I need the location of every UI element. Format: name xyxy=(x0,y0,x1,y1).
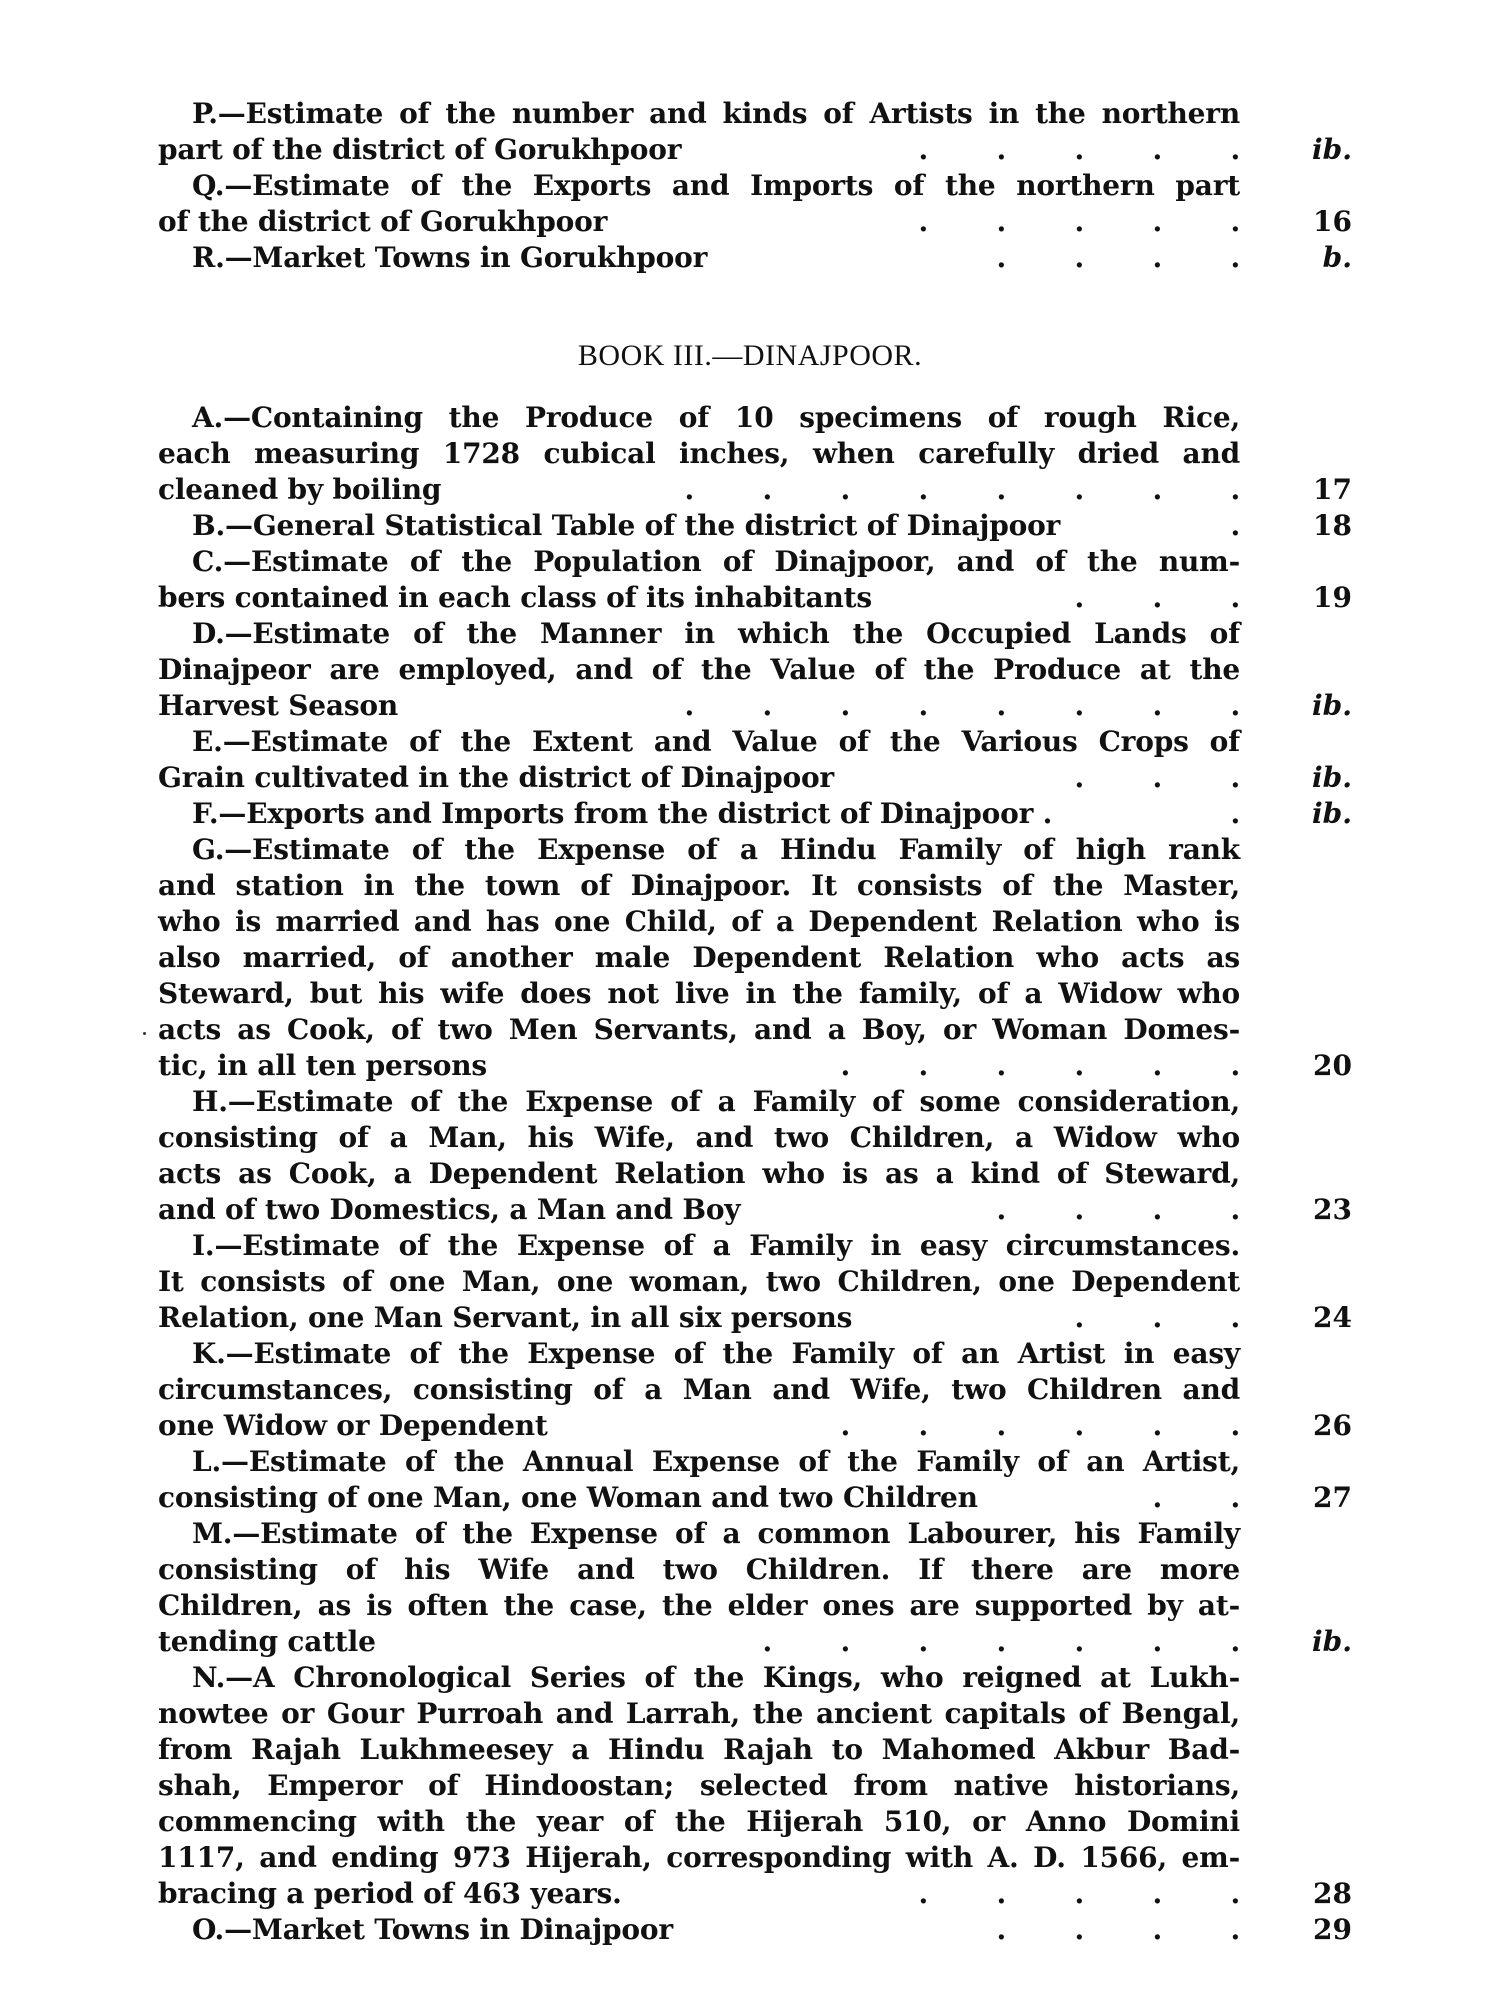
toc-entry-n-line-1: N.—A Chronological Series of the Kings, … xyxy=(192,1660,1240,1696)
toc-entry-c-line-1: C.—Estimate of the Population of Dinajpo… xyxy=(192,544,1240,580)
page-number: 23 xyxy=(1290,1192,1352,1228)
leader-dots: ........ xyxy=(398,688,1240,724)
toc-entry-l-line-1: L.—Estimate of the Annual Expense of the… xyxy=(192,1444,1240,1480)
page-number: ib. xyxy=(1290,760,1352,796)
stray-ink-mark xyxy=(143,1032,146,1035)
toc-entry-m-line-2: consisting of his Wife and two Children.… xyxy=(158,1552,1240,1588)
toc-entry-i-line-2: It consists of one Man, one woman, two C… xyxy=(158,1264,1240,1300)
toc-entry-p-line-1: P.—Estimate of the number and kinds of A… xyxy=(192,96,1240,132)
page-number: ib. xyxy=(1290,132,1352,168)
page-number: 20 xyxy=(1290,1048,1352,1084)
toc-entry-h-line-3: acts as Cook, a Dependent Relation who i… xyxy=(158,1156,1240,1192)
book-heading: BOOK III.—DINAJPOOR. xyxy=(0,336,1500,376)
page-number: b. xyxy=(1290,240,1352,276)
toc-entry-k-line-1: K.—Estimate of the Expense of the Family… xyxy=(192,1336,1240,1372)
page-number: ib. xyxy=(1290,688,1352,724)
leader-dots: ... xyxy=(834,760,1240,796)
leader-dots: . xyxy=(1052,796,1240,832)
toc-entry-h-line-4: and of two Domestics, a Man and Boy.... xyxy=(158,1192,1240,1228)
toc-page: P.—Estimate of the number and kinds of A… xyxy=(0,0,1500,2000)
leader-dots: ........ xyxy=(441,472,1240,508)
leader-dots: ... xyxy=(872,580,1240,616)
page-number: 26 xyxy=(1290,1408,1352,1444)
toc-entry-b: B.—General Statistical Table of the dist… xyxy=(192,508,1240,544)
leader-dots: .... xyxy=(707,240,1240,276)
page-number: 29 xyxy=(1290,1912,1352,1948)
toc-entry-r: R.—Market Towns in Gorukhpoor.... xyxy=(192,240,1240,276)
page-number: 16 xyxy=(1290,204,1352,240)
page-number: 27 xyxy=(1290,1480,1352,1516)
toc-entry-q-line-1: Q.—Estimate of the Exports and Imports o… xyxy=(192,168,1240,204)
toc-entry-a-line-1: A.—Containing the Produce of 10 specimen… xyxy=(192,400,1240,436)
page-number: 24 xyxy=(1290,1300,1352,1336)
toc-entry-m-line-3: Children, as is often the case, the elde… xyxy=(158,1588,1240,1624)
toc-entry-p-line-2: part of the district of Gorukhpoor..... xyxy=(158,132,1240,168)
page-number: ib. xyxy=(1290,796,1352,832)
page-number: 17 xyxy=(1290,472,1352,508)
page-number: ib. xyxy=(1290,1624,1352,1660)
toc-entry-n-line-3: from Rajah Lukhmeesey a Hindu Rajah to M… xyxy=(158,1732,1240,1768)
toc-entry-n-line-5: commencing with the year of the Hijerah … xyxy=(158,1804,1240,1840)
toc-entry-k-line-3: one Widow or Dependent...... xyxy=(158,1408,1240,1444)
leader-dots: ..... xyxy=(622,1876,1240,1912)
toc-entry-g-line-5: Steward, but his wife does not live in t… xyxy=(158,976,1240,1012)
leader-dots: .... xyxy=(673,1912,1240,1948)
leader-dots: ....... xyxy=(376,1624,1240,1660)
toc-entry-i-line-1: I.—Estimate of the Expense of a Family i… xyxy=(192,1228,1240,1264)
toc-entry-d-line-2: Dinajpeor are employed, and of the Value… xyxy=(158,652,1240,688)
leader-dots: . xyxy=(1060,508,1240,544)
leader-dots: .... xyxy=(740,1192,1240,1228)
toc-entry-d-line-1: D.—Estimate of the Manner in which the O… xyxy=(192,616,1240,652)
toc-entry-k-line-2: circumstances, consisting of a Man and W… xyxy=(158,1372,1240,1408)
toc-entry-g-line-3: who is married and has one Child, of a D… xyxy=(158,904,1240,940)
toc-entry-e-line-2: Grain cultivated in the district of Dina… xyxy=(158,760,1240,796)
toc-entry-n-line-4: shah, Emperor of Hindoostan; selected fr… xyxy=(158,1768,1240,1804)
toc-entry-g-line-7: tic, in all ten persons...... xyxy=(158,1048,1240,1084)
toc-entry-g-line-2: and station in the town of Dinajpoor. It… xyxy=(158,868,1240,904)
toc-entry-c-line-2: bers contained in each class of its inha… xyxy=(158,580,1240,616)
toc-entry-g-line-1: G.—Estimate of the Expense of a Hindu Fa… xyxy=(192,832,1240,868)
toc-entry-l-line-2: consisting of one Man, one Woman and two… xyxy=(158,1480,1240,1516)
toc-entry-m-line-1: M.—Estimate of the Expense of a common L… xyxy=(192,1516,1240,1552)
toc-entry-n-line-6: 1117, and ending 973 Hijerah, correspond… xyxy=(158,1840,1240,1876)
page-number: 18 xyxy=(1290,508,1352,544)
leader-dots: ..... xyxy=(607,204,1240,240)
leader-dots: .. xyxy=(978,1480,1240,1516)
toc-entry-h-line-2: consisting of a Man, his Wife, and two C… xyxy=(158,1120,1240,1156)
toc-entry-a-line-2: each measuring 1728 cubical inches, when… xyxy=(158,436,1240,472)
toc-entry-e-line-1: E.—Estimate of the Extent and Value of t… xyxy=(192,724,1240,760)
toc-entry-m-line-4: tending cattle....... xyxy=(158,1624,1240,1660)
toc-entry-i-line-3: Relation, one Man Servant, in all six pe… xyxy=(158,1300,1240,1336)
toc-entry-f: F.—Exports and Imports from the district… xyxy=(192,796,1240,832)
toc-entry-g-line-4: also married, of another male Dependent … xyxy=(158,940,1240,976)
toc-entry-q-line-2: of the district of Gorukhpoor..... xyxy=(158,204,1240,240)
page-number: 19 xyxy=(1290,580,1352,616)
toc-entry-o: O.—Market Towns in Dinajpoor.... xyxy=(192,1912,1240,1948)
toc-entry-a-line-3: cleaned by boiling........ xyxy=(158,472,1240,508)
page-number: 28 xyxy=(1290,1876,1352,1912)
leader-dots: ... xyxy=(852,1300,1240,1336)
leader-dots: ..... xyxy=(681,132,1240,168)
leader-dots: ...... xyxy=(487,1048,1240,1084)
toc-entry-d-line-3: Harvest Season........ xyxy=(158,688,1240,724)
toc-entry-g-line-6: acts as Cook, of two Men Servants, and a… xyxy=(158,1012,1240,1048)
leader-dots: ...... xyxy=(548,1408,1240,1444)
toc-entry-n-line-7: bracing a period of 463 years...... xyxy=(158,1876,1240,1912)
toc-entry-h-line-1: H.—Estimate of the Expense of a Family o… xyxy=(192,1084,1240,1120)
toc-entry-n-line-2: nowtee or Gour Purroah and Larrah, the a… xyxy=(158,1696,1240,1732)
